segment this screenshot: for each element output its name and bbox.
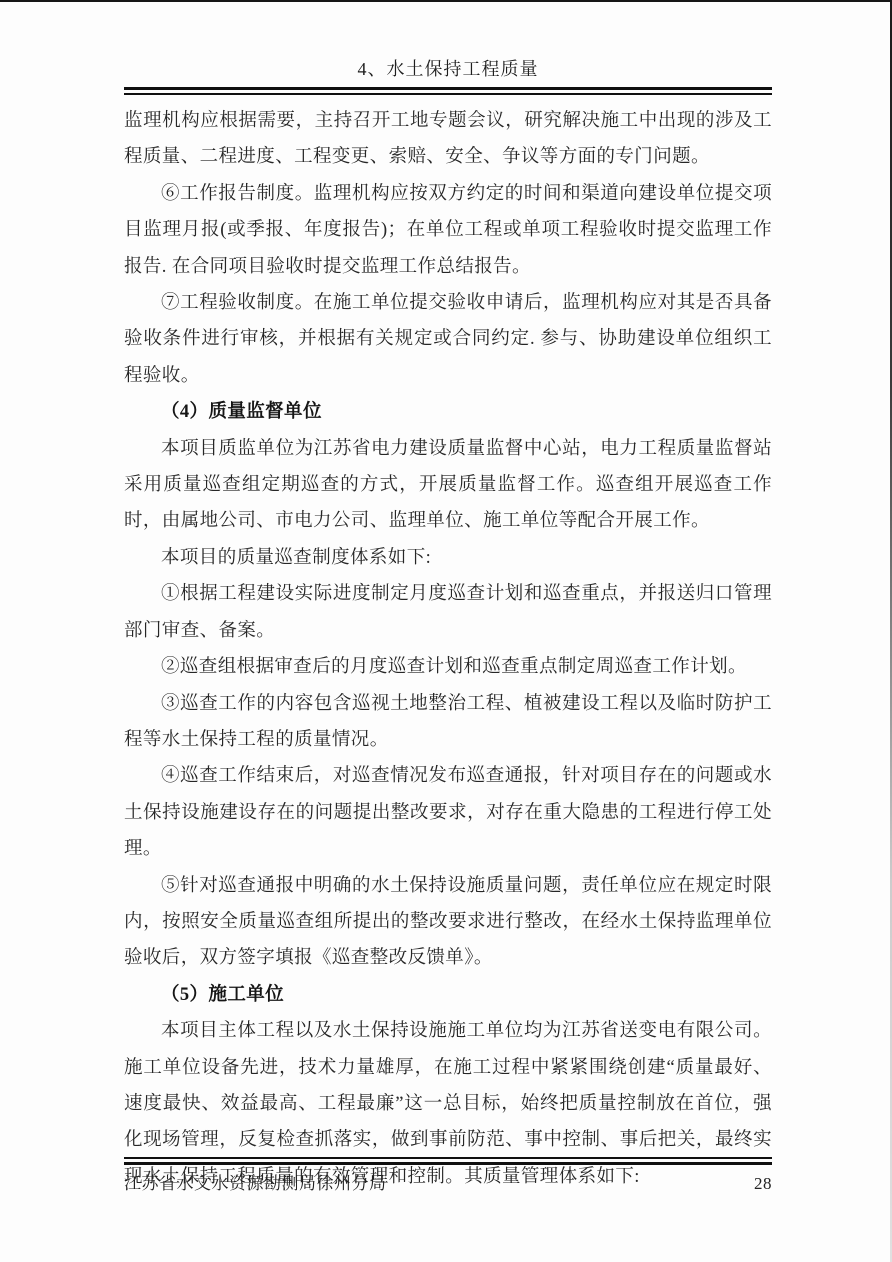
page-number: 28: [754, 1172, 772, 1196]
paragraph: ④巡查工作结束后，对巡查情况发布巡查通报，针对项目存在的问题或水土保持设施建设存…: [124, 758, 772, 867]
paragraph: 本项目质监单位为江苏省电力建设质量监督中心站，电力工程质量监督站采用质量巡查组定…: [124, 431, 772, 540]
section-heading: （4）质量监督单位: [124, 394, 772, 430]
paragraph: ③巡查工作的内容包含巡视土地整治工程、植被建设工程以及临时防护工程等水土保持工程…: [124, 686, 772, 759]
page-footer: 江苏省水文水资源勘测局徐州分局 28: [124, 1172, 772, 1196]
scan-top-edge: [0, 0, 892, 2]
page-header-title: 4、水土保持工程质量: [124, 56, 772, 82]
footer-rule-divider: [124, 1157, 772, 1165]
section-heading: （5）施工单位: [124, 977, 772, 1013]
paragraph: ⑤针对巡查通报中明确的水土保持设施质量问题，责任单位应在规定时限内，按照安全质量…: [124, 868, 772, 977]
paragraph: 监理机构应根据需要，主持召开工地专题会议，研究解决施工中出现的涉及工程质量、二程…: [124, 103, 772, 176]
paragraph: ⑥工作报告制度。监理机构应按双方约定的时间和渠道向建设单位提交项目监理月报(或季…: [124, 176, 772, 285]
header-rule-divider: [124, 87, 772, 95]
paragraph: ②巡查组根据审查后的月度巡查计划和巡查重点制定周巡查工作计划。: [124, 649, 772, 685]
document-page: 4、水土保持工程质量 监理机构应根据需要，主持召开工地专题会议，研究解决施工中出…: [0, 0, 892, 1262]
paragraph: 本项目主体工程以及水土保持设施施工单位均为江苏省送变电有限公司。施工单位设备先进…: [124, 1013, 772, 1195]
paragraph: 本项目的质量巡查制度体系如下:: [124, 540, 772, 576]
footer-organization: 江苏省水文水资源勘测局徐州分局: [124, 1172, 387, 1196]
paragraph: ⑦工程验收制度。在施工单位提交验收申请后，监理机构应对其是否具备验收条件进行审核…: [124, 285, 772, 394]
paragraph: ①根据工程建设实际进度制定月度巡查计划和巡查重点，并报送归口管理部门审查、备案。: [124, 576, 772, 649]
document-body: 监理机构应根据需要，主持召开工地专题会议，研究解决施工中出现的涉及工程质量、二程…: [124, 103, 772, 1195]
